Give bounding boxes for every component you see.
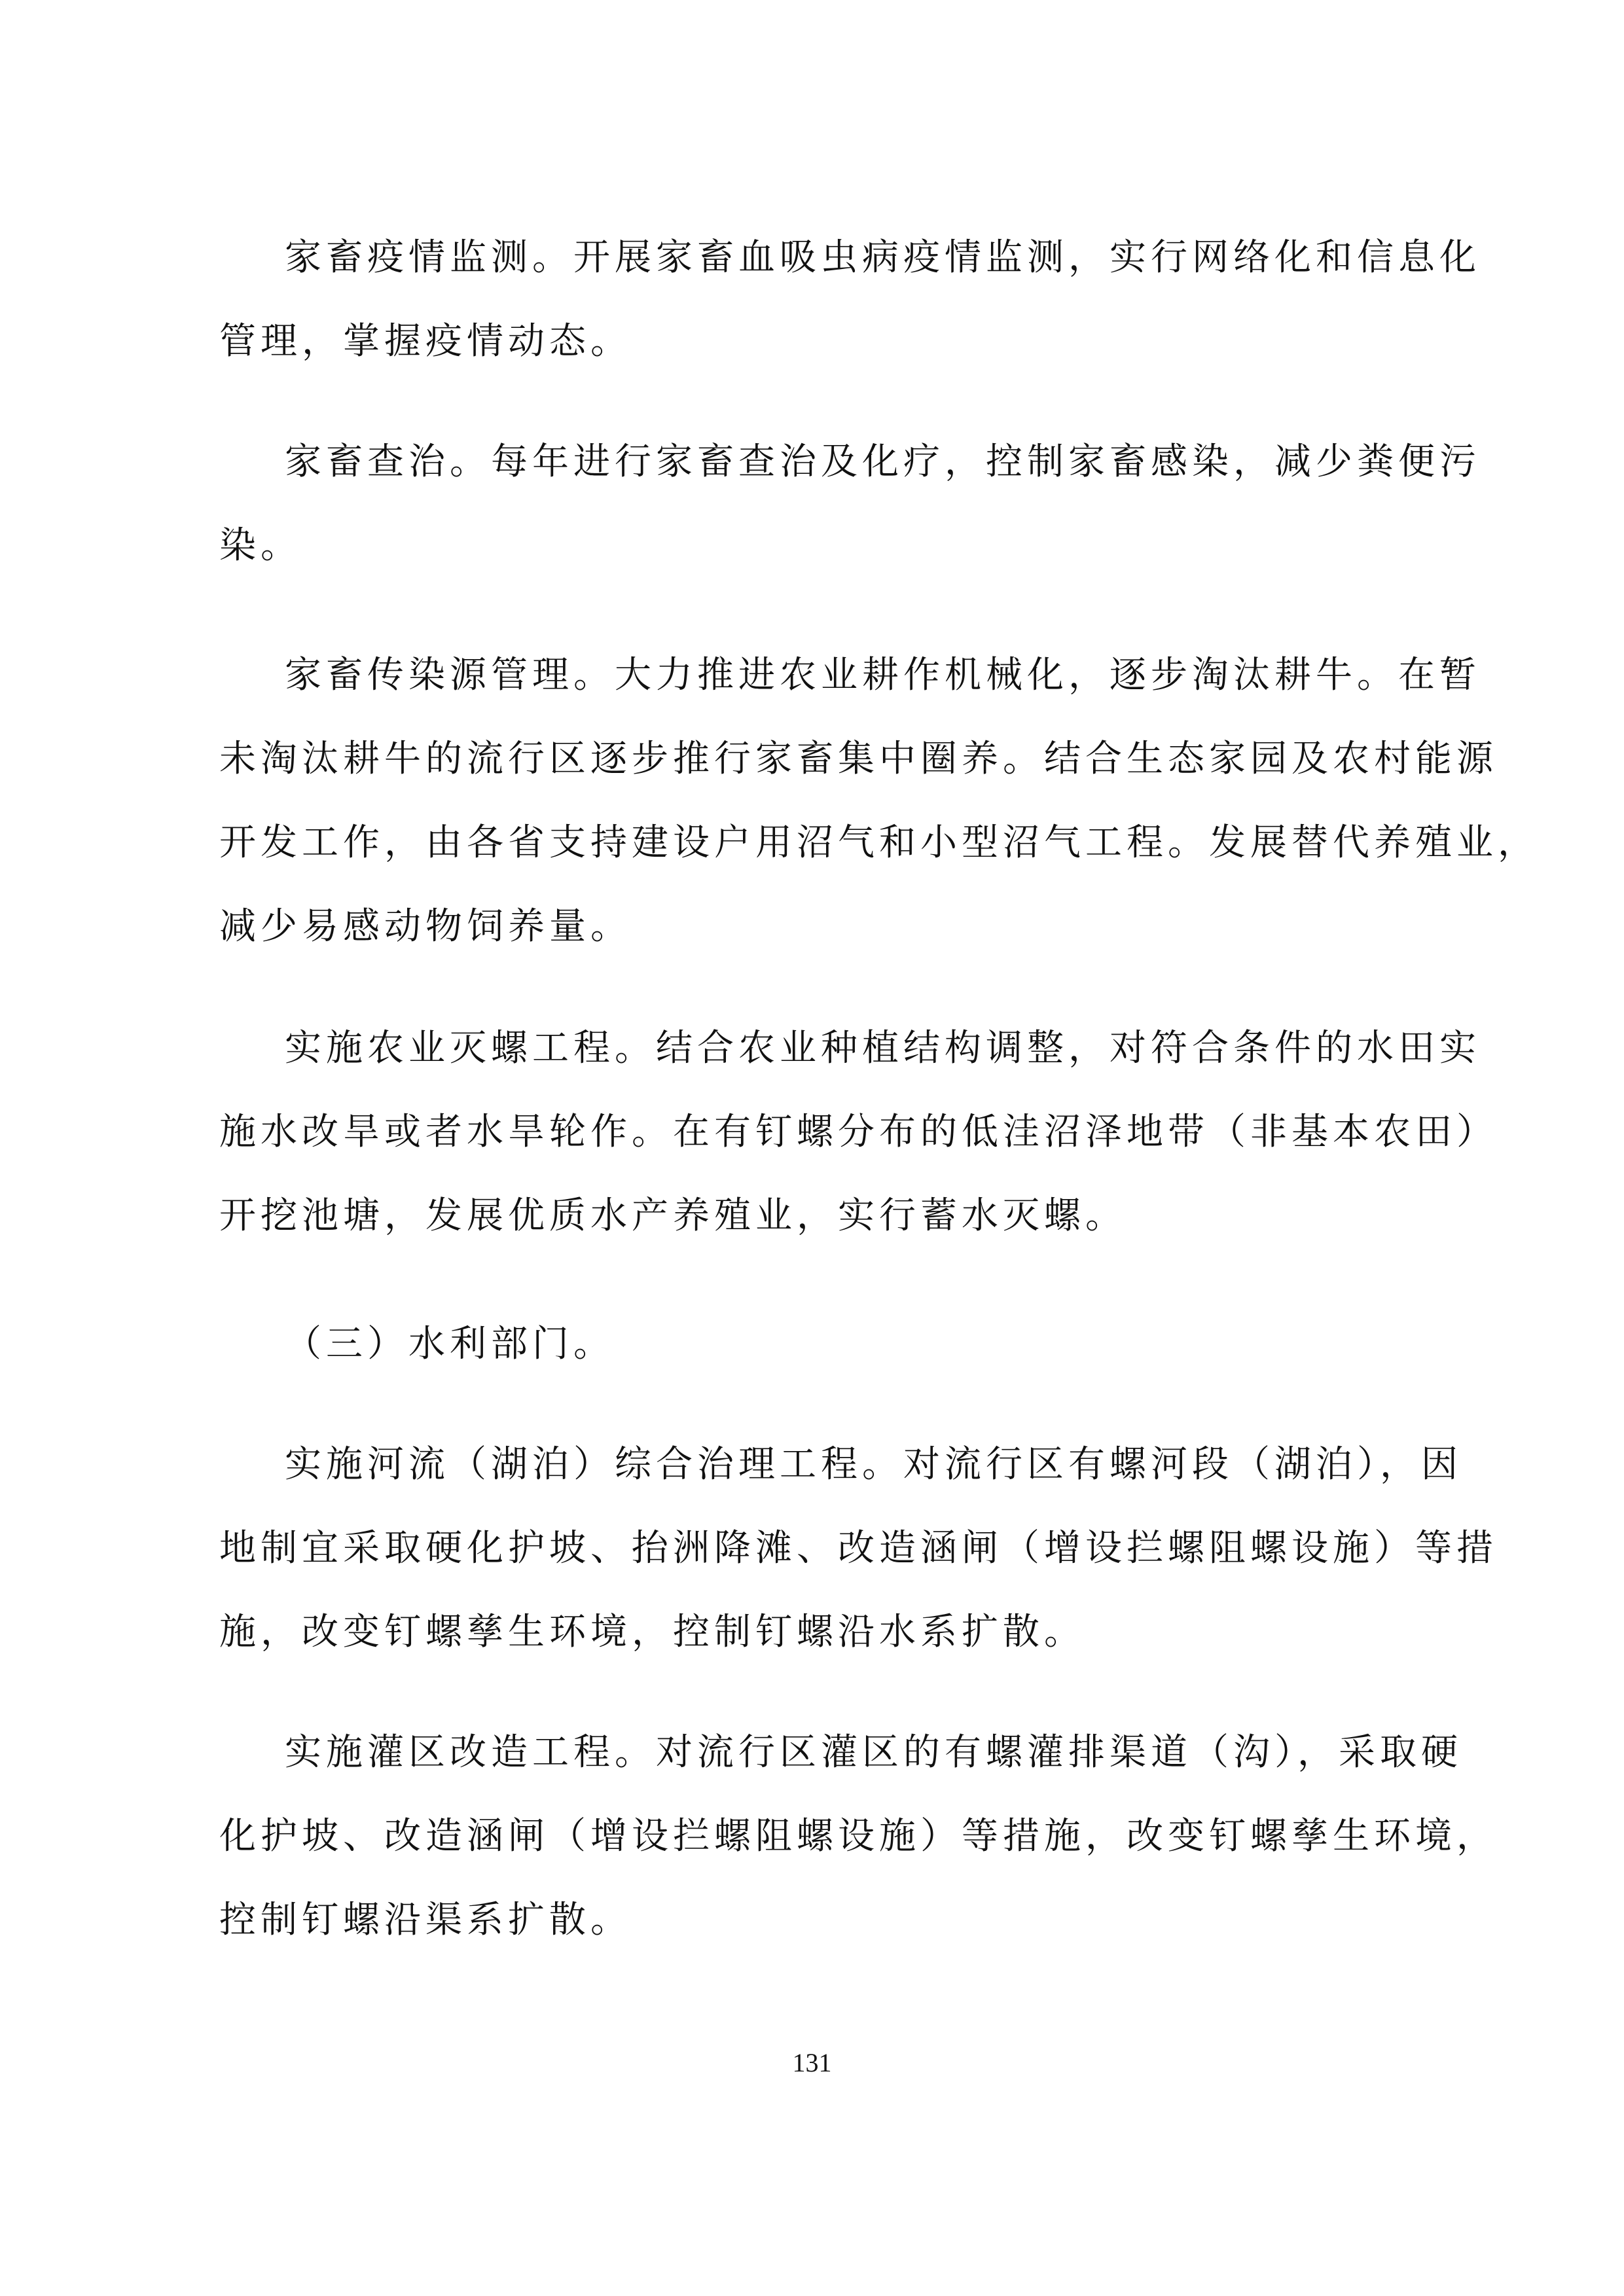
paragraph-livestock-inspection-line-2: 染。 [219, 525, 302, 567]
section-heading-water-resources: （三）水利部门。 [285, 1323, 615, 1365]
paragraph-irrigation-renovation-line-3: 控制钉螺沿渠系扩散。 [219, 1899, 632, 1941]
paragraph-infection-source-line-3: 开发工作，由各省支持建设户用沼气和小型沼气工程。发展替代养殖业， [219, 822, 1539, 864]
paragraph-agricultural-snail-control-line-2: 施水改旱或者水旱轮作。在有钉螺分布的低洼沼泽地带（非基本农田） [219, 1111, 1498, 1153]
paragraph-river-lake-governance-line-1: 实施河流（湖泊）综合治理工程。对流行区有螺河段（湖泊），因 [285, 1444, 1462, 1486]
paragraph-infection-source-line-2: 未淘汰耕牛的流行区逐步推行家畜集中圈养。结合生态家园及农村能源 [219, 738, 1498, 780]
paragraph-livestock-epidemic-monitoring-line-1: 家畜疫情监测。开展家畜血吸虫病疫情监测，实行网络化和信息化 [285, 237, 1481, 279]
document-page: 家畜疫情监测。开展家畜血吸虫病疫情监测，实行网络化和信息化 管理，掌握疫情动态。… [0, 0, 1624, 2296]
paragraph-infection-source-line-1: 家畜传染源管理。大力推进农业耕作机械化，逐步淘汰耕牛。在暂 [285, 655, 1481, 696]
paragraph-irrigation-renovation-line-2: 化护坡、改造涵闸（增设拦螺阻螺设施）等措施，改变钉螺孳生环境， [219, 1816, 1498, 1857]
page-number: 131 [0, 2047, 1624, 2078]
paragraph-agricultural-snail-control-line-3: 开挖池塘，发展优质水产养殖业，实行蓄水灭螺。 [219, 1195, 1127, 1237]
paragraph-livestock-epidemic-monitoring-line-2: 管理，掌握疫情动态。 [219, 321, 632, 363]
paragraph-infection-source-line-4: 减少易感动物饲养量。 [219, 906, 632, 948]
paragraph-agricultural-snail-control-line-1: 实施农业灭螺工程。结合农业种植结构调整，对符合条件的水田实 [285, 1028, 1481, 1069]
paragraph-livestock-inspection-line-1: 家畜查治。每年进行家畜查治及化疗，控制家畜感染，减少粪便污 [285, 441, 1481, 483]
paragraph-river-lake-governance-line-2: 地制宜采取硬化护坡、抬洲降滩、改造涵闸（增设拦螺阻螺设施）等措 [219, 1528, 1498, 1570]
paragraph-river-lake-governance-line-3: 施，改变钉螺孳生环境，控制钉螺沿水系扩散。 [219, 1611, 1085, 1653]
paragraph-irrigation-renovation-line-1: 实施灌区改造工程。对流行区灌区的有螺灌排渠道（沟），采取硬 [285, 1732, 1462, 1774]
